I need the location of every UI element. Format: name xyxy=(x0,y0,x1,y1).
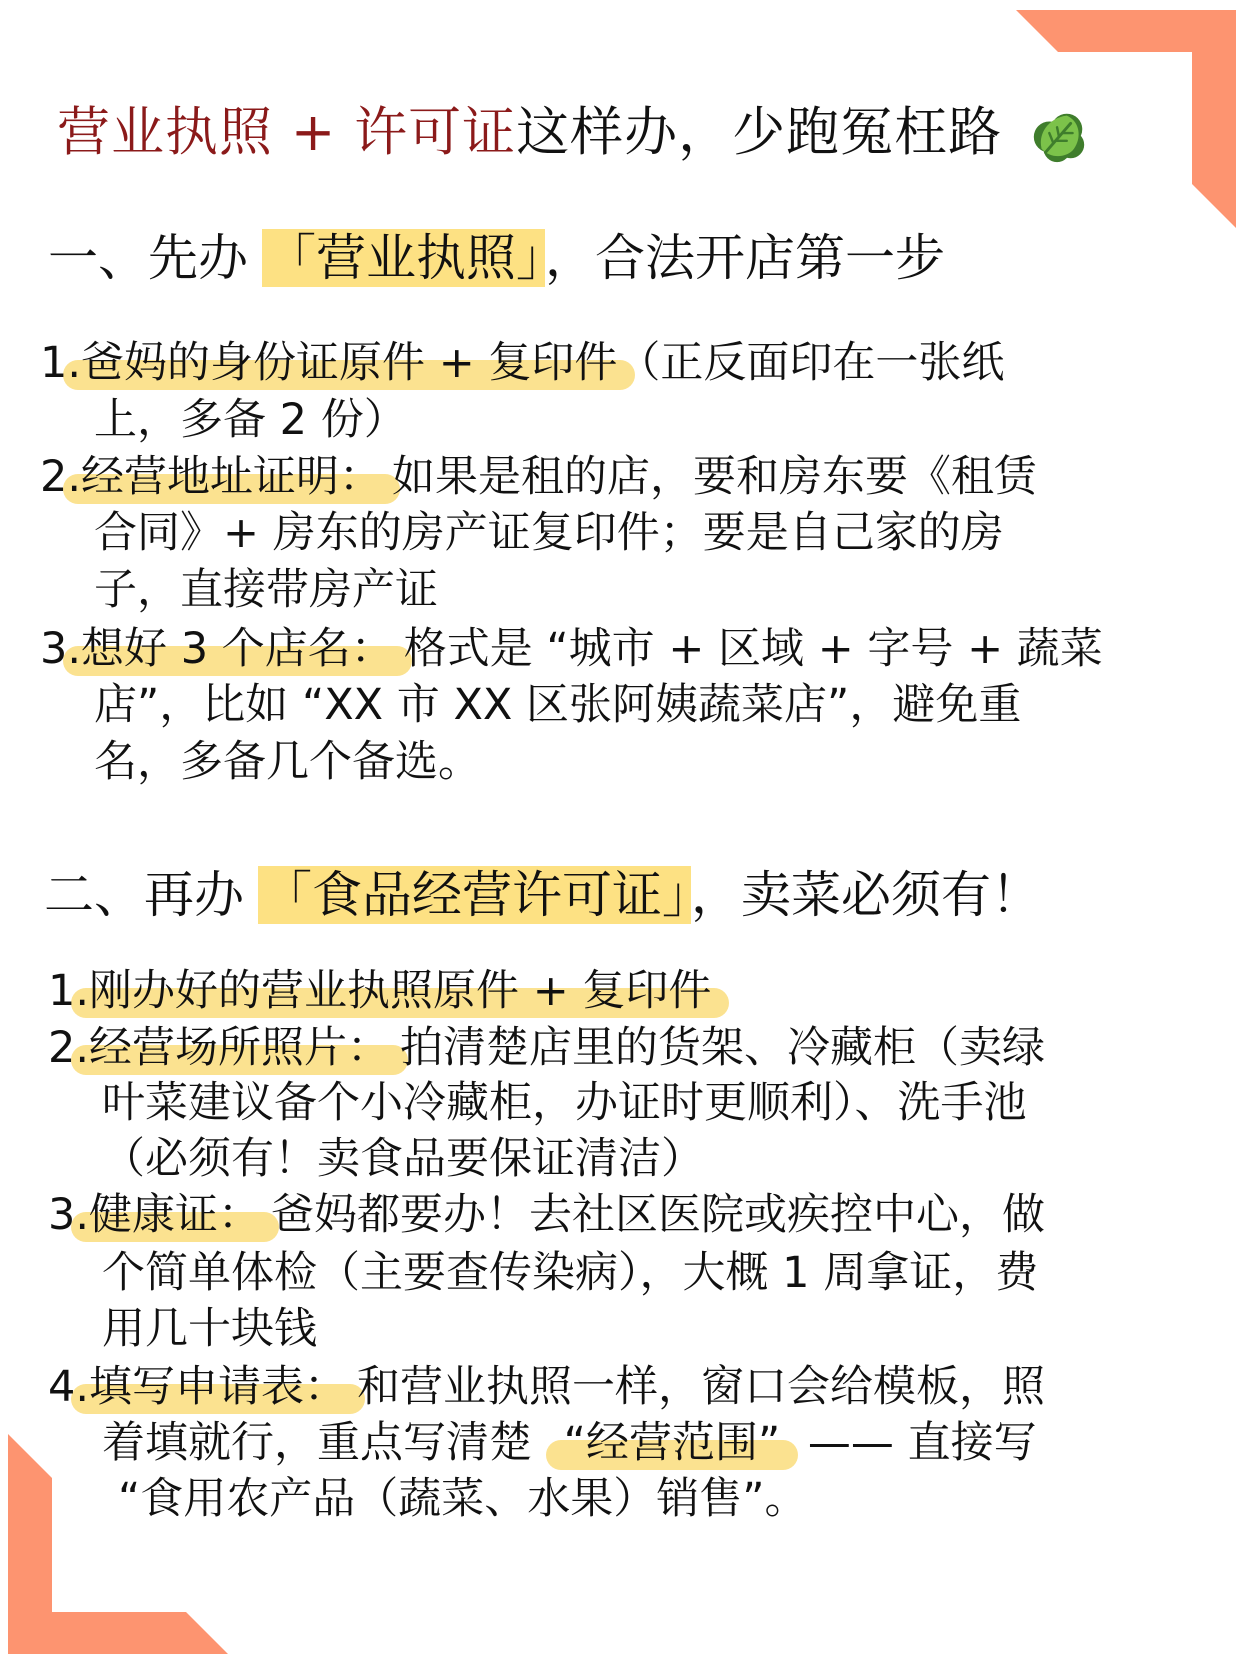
item-text: （正反面印在一张纸 xyxy=(617,338,1004,388)
list-item: 1.爸妈的身份证原件 + 复印件（正反面印在一张纸 xyxy=(40,334,1004,392)
list-item-continuation: 叶菜建议备个小冷藏柜，办证时更顺利）、洗手池 xyxy=(102,1074,1027,1132)
list-item-continuation: 合同》+ 房东的房产证复印件；要是自己家的房 xyxy=(94,504,1004,562)
section-heading-1: 一、先办「营业执照」，合法开店第一步 xyxy=(48,223,945,293)
item-text: 爸妈都要办！去社区医院或疾控中心，做 xyxy=(271,1190,1045,1240)
heading-suffix: ，合法开店第一步 xyxy=(545,229,945,287)
item-text: —— 直接写 xyxy=(794,1418,1036,1468)
item-number: 1. xyxy=(48,962,89,1020)
list-item-continuation: 店”，比如 “XX 市 XX 区张阿姨蔬菜店”，避免重 xyxy=(94,676,1021,734)
heading-highlight: 「食品经营许可证」 xyxy=(258,866,691,924)
item-text: 着填就行，重点写清楚 xyxy=(102,1418,546,1468)
item-number: 2. xyxy=(40,448,81,506)
list-item-continuation: 上，多备 2 份） xyxy=(94,391,407,449)
item-number: 3. xyxy=(48,1186,89,1244)
list-item-continuation: 名，多备几个备选。 xyxy=(94,733,481,791)
highlighted-text: 经营地址证明： xyxy=(81,448,382,506)
item-text: 拍清楚店里的货架、冷藏柜（卖绿 xyxy=(400,1023,1045,1073)
highlighted-text: “经营范围” xyxy=(564,1414,781,1472)
item-text: 格式是 “城市 + 区域 + 字号 + 蔬菜 xyxy=(404,624,1103,674)
section-heading-2: 二、再办「食品经营许可证」，卖菜必须有！ xyxy=(44,860,1041,930)
list-item-continuation: 子，直接带房产证 xyxy=(94,561,438,619)
leafy-green-icon xyxy=(1028,104,1090,166)
list-item: 2.经营地址证明：如果是租的店，要和房东要《租赁 xyxy=(40,448,1037,506)
item-number: 3. xyxy=(40,620,81,678)
list-item: 3.想好 3 个店名：格式是 “城市 + 区域 + 字号 + 蔬菜 xyxy=(40,620,1103,678)
title-black-part: 这样办，少跑冤枉路 xyxy=(516,102,1002,163)
item-number: 2. xyxy=(48,1019,89,1077)
title-red-part: 营业执照 + 许可证 xyxy=(57,102,516,163)
list-item-continuation: 用几十块钱 xyxy=(102,1300,317,1358)
list-item-continuation: 个简单体检（主要查传染病），大概 1 周拿证，费 xyxy=(102,1244,1038,1302)
highlighted-text: 爸妈的身份证原件 + 复印件 xyxy=(81,334,617,392)
heading-prefix: 一、先办 xyxy=(48,229,248,287)
heading-highlight: 「营业执照」 xyxy=(262,229,545,287)
highlighted-text: 健康证： xyxy=(89,1186,261,1244)
item-text: 和营业执照一样，窗口会给模板，照 xyxy=(357,1362,1045,1412)
heading-prefix: 二、再办 xyxy=(44,866,244,924)
list-item-continuation: （必须有！卖食品要保证清洁） xyxy=(102,1130,704,1188)
list-item-continuation: 着填就行，重点写清楚 “经营范围” —— 直接写 xyxy=(102,1414,1037,1472)
list-item: 1.刚办好的营业执照原件 + 复印件 xyxy=(48,962,711,1020)
list-item: 3.健康证：爸妈都要办！去社区医院或疾控中心，做 xyxy=(48,1186,1045,1244)
page-title: 营业执照 + 许可证这样办，少跑冤枉路 xyxy=(57,98,1090,168)
item-text: 如果是租的店，要和房东要《租赁 xyxy=(392,452,1037,502)
highlighted-text: 填写申请表： xyxy=(89,1358,347,1416)
highlighted-text: 经营场所照片： xyxy=(89,1019,390,1077)
item-number: 1. xyxy=(40,334,81,392)
highlighted-text: 刚办好的营业执照原件 + 复印件 xyxy=(89,962,711,1020)
heading-suffix: ，卖菜必须有！ xyxy=(691,866,1041,924)
highlighted-text: 想好 3 个店名： xyxy=(81,620,394,678)
item-number: 4. xyxy=(48,1358,89,1416)
list-item: 2.经营场所照片：拍清楚店里的货架、冷藏柜（卖绿 xyxy=(48,1019,1045,1077)
list-item: 4.填写申请表：和营业执照一样，窗口会给模板，照 xyxy=(48,1358,1045,1416)
list-item-continuation: “食用农产品（蔬菜、水果）销售”。 xyxy=(118,1470,808,1528)
